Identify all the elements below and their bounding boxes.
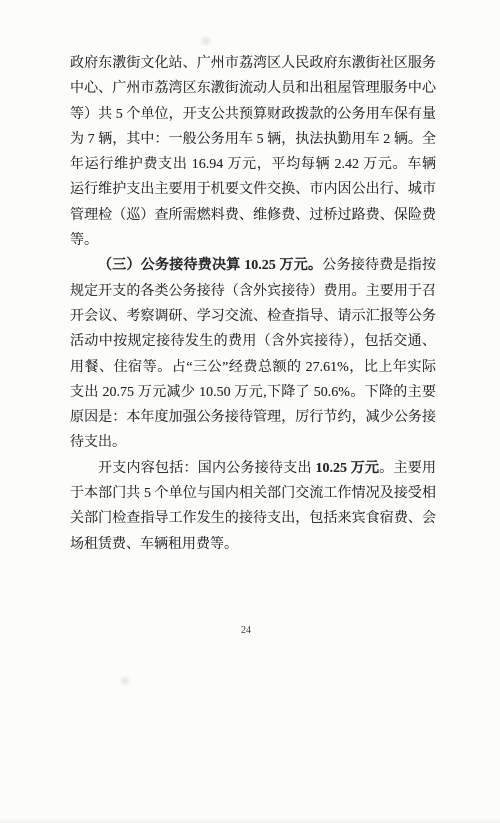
- text-line: 开会议、考察调研、学习交流、检查指导、请示汇报等公务: [70, 304, 436, 329]
- text-segment: 等）共 5 个单位，开支公共预算财政拨款的公务用车保有量: [70, 107, 436, 122]
- text-segment: 政府东漖街文化站、广州市荔湾区人民政府东漖街社区服务: [70, 56, 436, 71]
- text-segment: 公务接待费是指按: [322, 258, 436, 273]
- page-number: 24: [0, 625, 492, 636]
- text-segment: 年运行维护费支出 16.94 万元，平均每辆 2.42 万元。车辆: [70, 157, 436, 172]
- text-segment: 等。: [70, 233, 98, 248]
- text-line: 关部门检查指导工作发生的接待支出，包括来宾食宿费、会: [70, 506, 436, 531]
- text-line: 等）共 5 个单位，开支公共预算财政拨款的公务用车保有量: [70, 102, 436, 127]
- text-segment: 。主要用: [379, 461, 436, 476]
- text-segment: 待支出。: [70, 435, 126, 450]
- text-segment: 中心、广州市荔湾区东漖街流动人员和出租屋管理服务中心: [70, 81, 436, 96]
- text-block: 政府东漖街文化站、广州市荔湾区人民政府东漖街社区服务中心、广州市荔湾区东漖街流动…: [70, 51, 436, 557]
- text-segment: 原因是：本年度加强公务接待管理，厉行节约，减少公务接: [70, 410, 436, 425]
- text-line: 活动中按规定接待发生的费用（含外宾接待），包括交通、: [70, 329, 436, 354]
- text-line: 规定开支的各类公务接待（含外宾接待）费用。主要用于召: [70, 279, 436, 304]
- text-segment: 为 7 辆，其中：一般公务用车 5 辆，执法执勤用车 2 辆。全: [70, 132, 436, 147]
- bold-text-segment: 10.25 万元: [316, 461, 380, 476]
- text-line: 开支内容包括：国内公务接待支出 10.25 万元。主要用: [70, 456, 436, 481]
- text-line: 于本部门共 5 个单位与国内相关部门交流工作情况及接受相: [70, 481, 436, 506]
- text-line: （三）公务接待费决算 10.25 万元。公务接待费是指按: [70, 253, 436, 278]
- scan-smudge: [118, 676, 132, 686]
- text-segment: 管理检（巡）查所需燃料费、维修费、过桥过路费、保险费: [70, 208, 436, 223]
- text-line: 等。: [70, 228, 436, 253]
- text-segment: 活动中按规定接待发生的费用（含外宾接待），包括交通、: [70, 334, 436, 349]
- text-line: 运行维护支出主要用于机要文件交换、市内因公出行、城市: [70, 177, 436, 202]
- text-line: 管理检（巡）查所需燃料费、维修费、过桥过路费、保险费: [70, 203, 436, 228]
- text-line: 为 7 辆，其中：一般公务用车 5 辆，执法执勤用车 2 辆。全: [70, 127, 436, 152]
- text-line: 用餐、住宿等。占“三公”经费总额的 27.61%，比上年实际: [70, 355, 436, 380]
- text-segment: 开支内容包括：国内公务接待支出: [98, 461, 316, 476]
- text-segment: 场租赁费、车辆租用费等。: [70, 537, 238, 552]
- text-line: 中心、广州市荔湾区东漖街流动人员和出租屋管理服务中心: [70, 76, 436, 101]
- text-segment: 规定开支的各类公务接待（含外宾接待）费用。主要用于召: [70, 284, 436, 299]
- text-segment: 支出 20.75 万元减少 10.50 万元,下降了 50.6%。下降的主要: [70, 385, 436, 400]
- text-segment: 关部门检查指导工作发生的接待支出，包括来宾食宿费、会: [70, 511, 436, 526]
- bold-text-segment: （三）公务接待费决算 10.25 万元。: [98, 258, 322, 273]
- text-line: 场租赁费、车辆租用费等。: [70, 532, 436, 557]
- text-line: 年运行维护费支出 16.94 万元，平均每辆 2.42 万元。车辆: [70, 152, 436, 177]
- text-line: 原因是：本年度加强公务接待管理，厉行节约，减少公务接: [70, 405, 436, 430]
- text-line: 政府东漖街文化站、广州市荔湾区人民政府东漖街社区服务: [70, 51, 436, 76]
- text-line: 支出 20.75 万元减少 10.50 万元,下降了 50.6%。下降的主要: [70, 380, 436, 405]
- scan-smudge: [198, 36, 214, 46]
- text-segment: 于本部门共 5 个单位与国内相关部门交流工作情况及接受相: [70, 486, 436, 501]
- text-line: 待支出。: [70, 430, 436, 455]
- document-page: 政府东漖街文化站、广州市荔湾区人民政府东漖街社区服务中心、广州市荔湾区东漖街流动…: [0, 0, 500, 823]
- text-segment: 运行维护支出主要用于机要文件交换、市内因公出行、城市: [70, 182, 436, 197]
- text-segment: 开会议、考察调研、学习交流、检查指导、请示汇报等公务: [70, 309, 436, 324]
- text-segment: 用餐、住宿等。占“三公”经费总额的 27.61%，比上年实际: [70, 360, 436, 375]
